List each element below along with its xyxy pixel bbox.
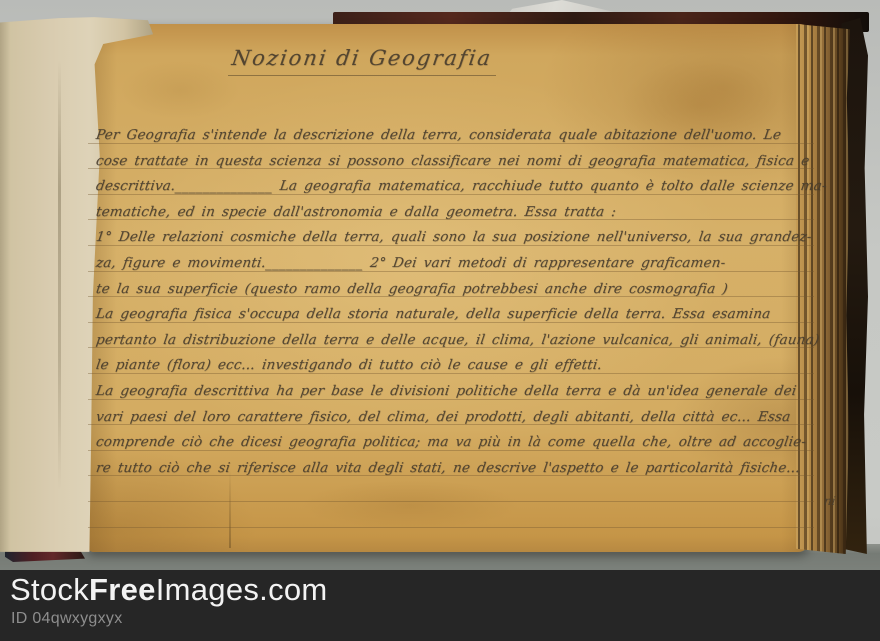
manuscript-title-underline: Nozioni di Geografia — [228, 46, 496, 76]
ruled-line: tematiche, ed in specie dall'astronomia … — [95, 197, 800, 223]
watermark-bar: StockFreeImages.com ID 04qwxygxyx — [0, 570, 880, 641]
brand-bold: Free — [89, 572, 156, 607]
manuscript-line: Per Geografia s'intende la descrizione d… — [95, 129, 782, 143]
brand-prefix: Stock — [10, 572, 89, 607]
ruled-line: te la sua superficie (questo ramo della … — [95, 274, 800, 300]
ruled-line: za, figure e movimenti.______________ 2°… — [95, 248, 800, 274]
manuscript-line: La geografia descrittiva ha per base le … — [95, 385, 797, 399]
manuscript-line: te la sua superficie (questo ramo della … — [95, 283, 729, 297]
manuscript-line: vari paesi del loro carattere fisico, de… — [95, 411, 791, 425]
manuscript-line: descrittiva.______________ La geografia … — [95, 180, 828, 194]
photo-background: Nozioni di Geografia Per Geografia s'int… — [0, 0, 880, 641]
ruled-line: descrittiva.______________ La geografia … — [95, 171, 800, 197]
ruled-line: re tutto ciò che si riferisce alla vita … — [95, 453, 800, 479]
manuscript-line: pertanto la distribuzione della terra e … — [95, 334, 820, 348]
ruled-line: La geografia fisica s'occupa della stori… — [95, 299, 800, 325]
ruled-line: comprende ciò che dicesi geografia polit… — [95, 427, 800, 453]
manuscript-line: tematiche, ed in specie dall'astronomia … — [95, 206, 617, 220]
manuscript-line: comprende ciò che dicesi geografia polit… — [95, 436, 807, 450]
ruled-line: Per Geografia s'intende la descrizione d… — [95, 120, 800, 146]
ruled-line: 1° Delle relazioni cosmiche della terra,… — [95, 222, 800, 248]
ruled-line — [95, 478, 800, 504]
watermark-image-id: ID 04qwxygxyx — [11, 610, 123, 628]
watermark-brand: StockFreeImages.com — [10, 572, 328, 608]
ruled-line: vari paesi del loro carattere fisico, de… — [95, 402, 800, 428]
manuscript-line: re tutto ciò che si riferisce alla vita … — [95, 462, 801, 476]
ruled-line: pertanto la distribuzione della terra e … — [95, 325, 800, 351]
manuscript-line: le piante (flora) ecc... investigando di… — [95, 359, 603, 373]
stray-ink-mark: ni — [823, 494, 837, 508]
manuscript-text-block: Per Geografia s'intende la descrizione d… — [95, 120, 800, 530]
manuscript-line: La geografia fisica s'occupa della stori… — [95, 308, 771, 322]
ruled-line — [95, 504, 800, 530]
ruled-line: cose trattate in questa scienza si posso… — [95, 146, 800, 172]
page-title: Nozioni di Geografia — [230, 46, 493, 70]
left-page-crease — [58, 60, 61, 490]
brand-suffix: Images.com — [156, 572, 328, 607]
manuscript-line: 1° Delle relazioni cosmiche della terra,… — [95, 231, 812, 245]
manuscript-line: za, figure e movimenti.______________ 2°… — [95, 257, 726, 271]
ruled-line: le piante (flora) ecc... investigando di… — [95, 350, 800, 376]
manuscript-line: cose trattate in questa scienza si posso… — [95, 155, 810, 169]
ruled-line: La geografia descrittiva ha per base le … — [95, 376, 800, 402]
